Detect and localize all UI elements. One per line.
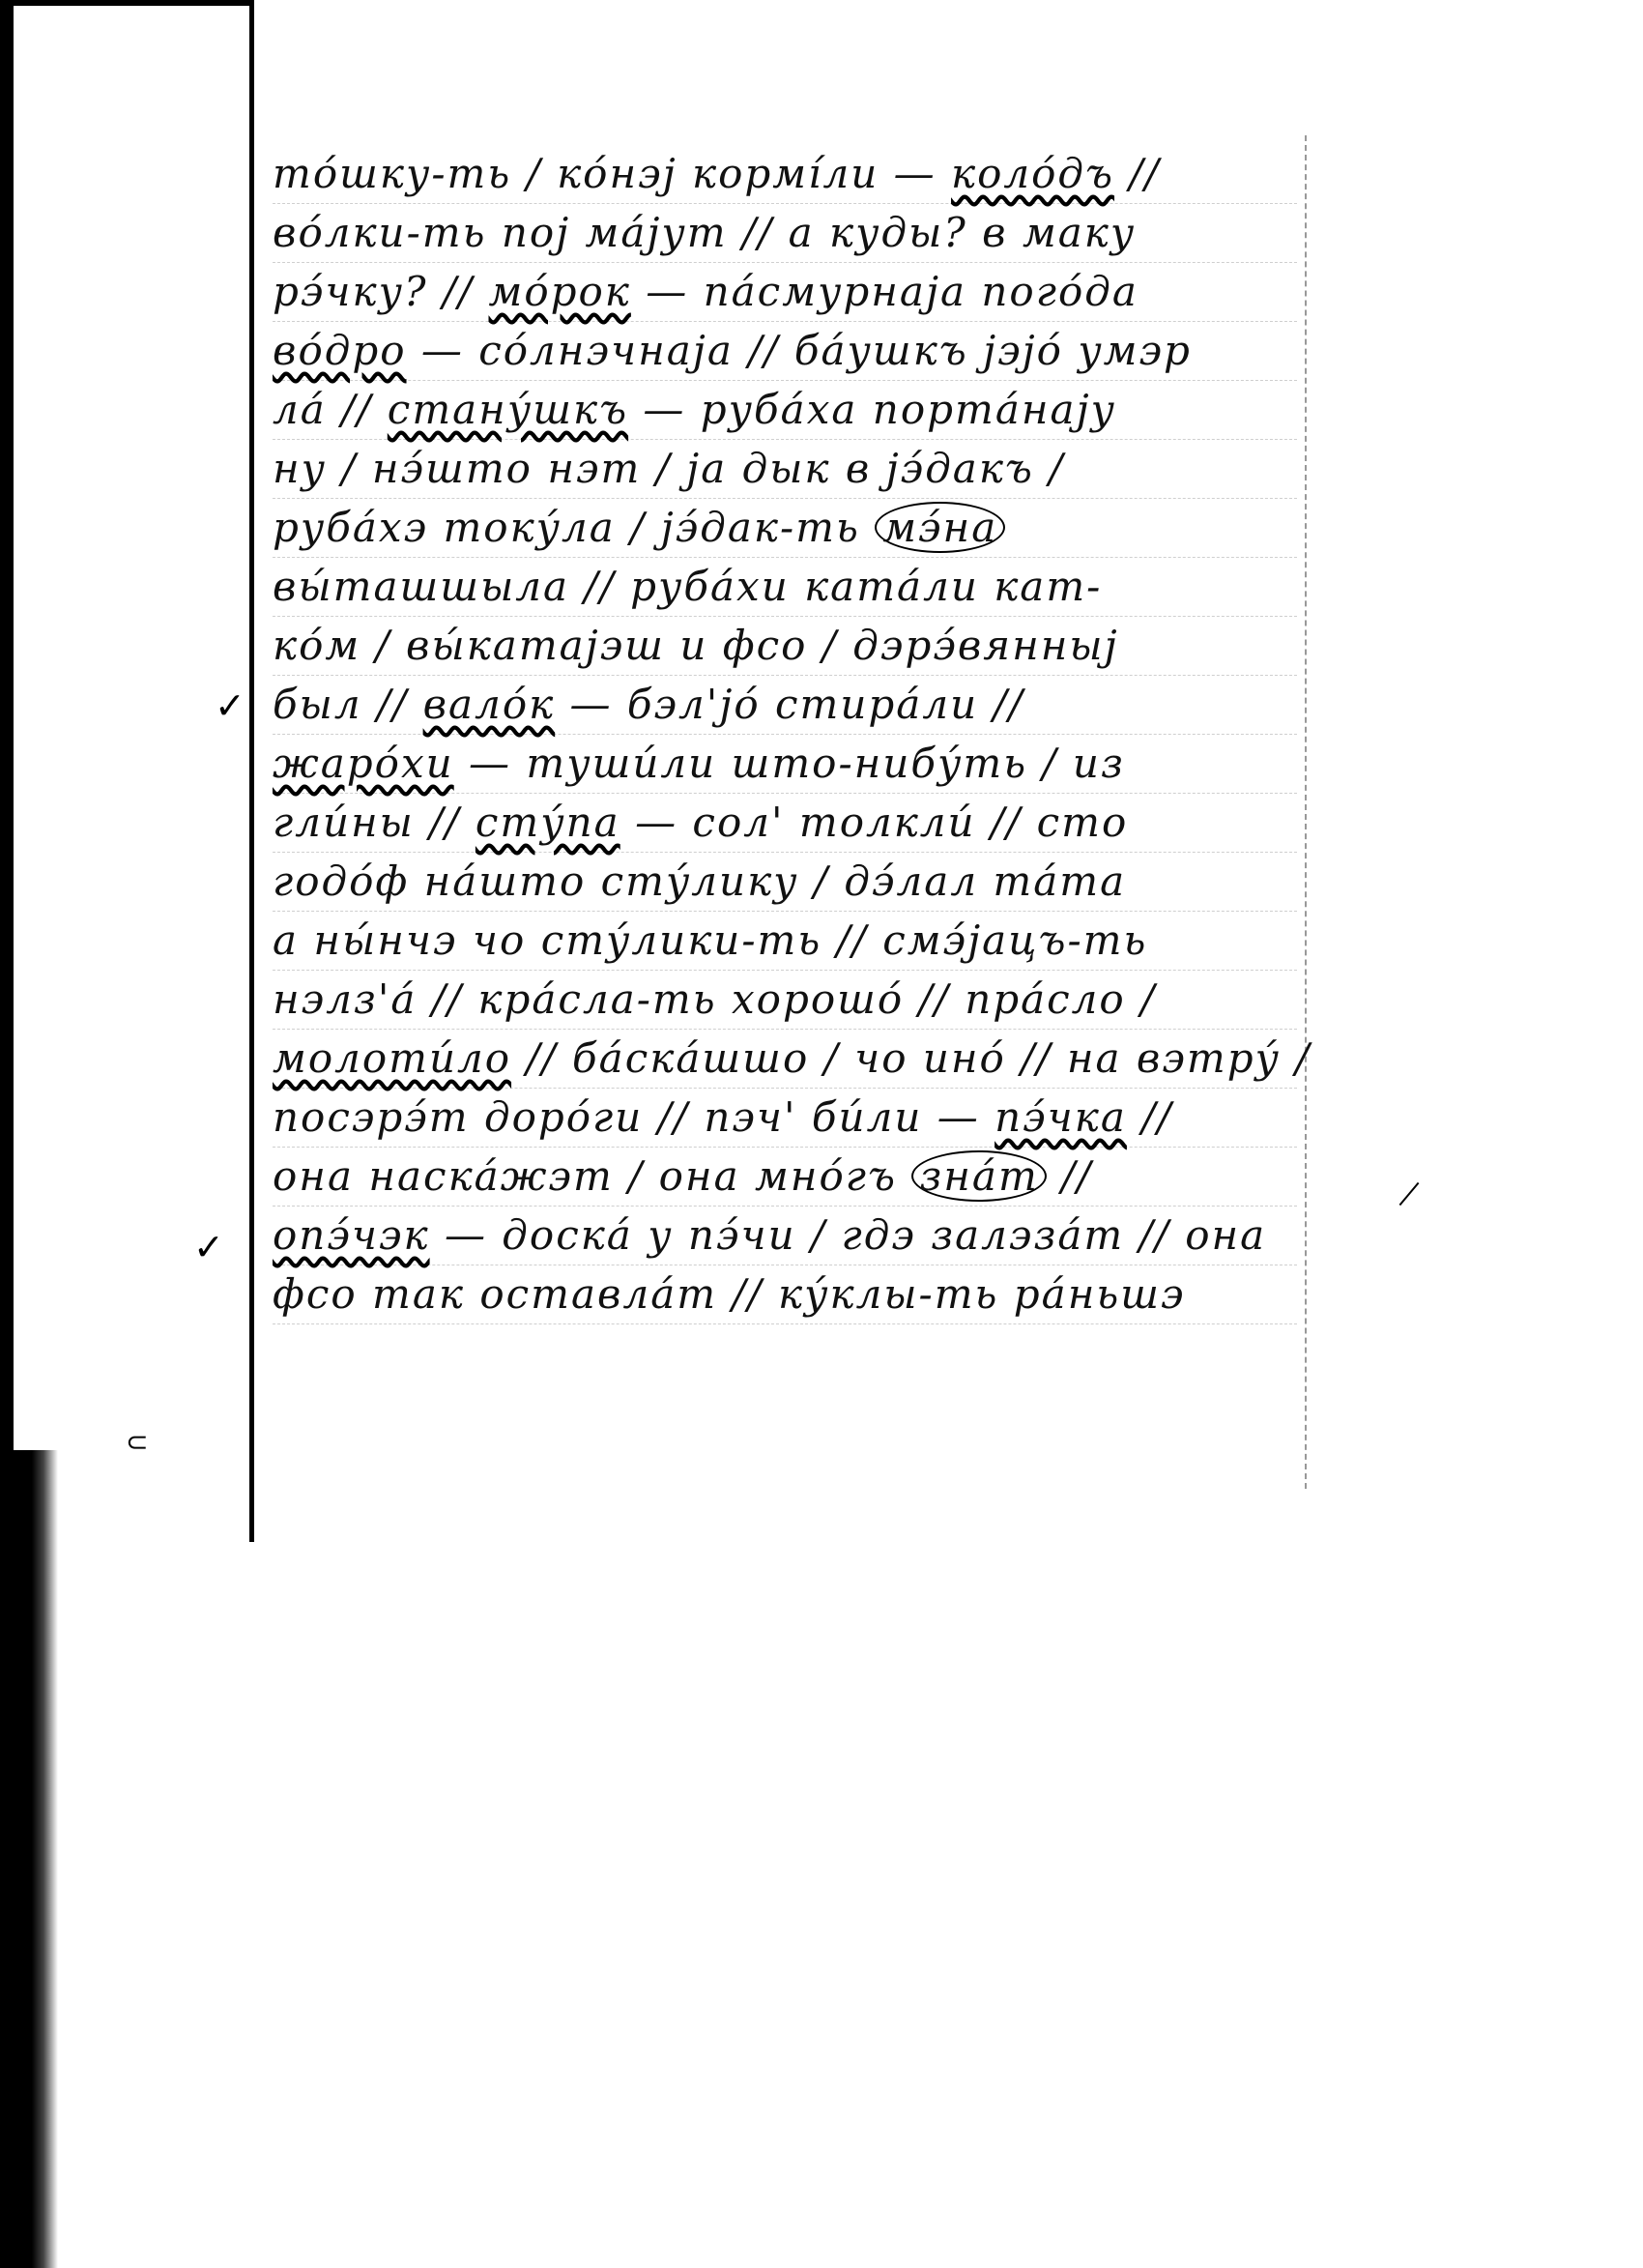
text-line: опэ́чэк — доска́ у пэ́чи / гдэ залэза́т … bbox=[273, 1207, 1297, 1265]
text-line: рэ́чку? // мо́рок — па́смурнаја пого́да bbox=[273, 263, 1297, 322]
right-margin-guide bbox=[1305, 135, 1309, 1489]
text-line: нэлз'а́ // кра́сла-ть хорошо́ // пра́сло… bbox=[273, 971, 1297, 1030]
headword: опэ́чэк bbox=[273, 1211, 430, 1259]
headword: жаро́хи bbox=[273, 740, 454, 787]
text-line: ла́ // стану́шкъ — руба́ха порта́нају bbox=[273, 381, 1297, 440]
circled-word: мэ́на bbox=[875, 502, 1005, 553]
text-line: фсо так оставла́т // ку́клы-ть ра́ньшэ bbox=[273, 1265, 1297, 1324]
text-line: посэрэ́т доро́ги // пэч' би́ли — пэ́чка … bbox=[273, 1089, 1297, 1148]
text-line: был // вало́к — бэл'јо́ стира́ли // bbox=[273, 676, 1297, 735]
scan-dark-edge bbox=[0, 0, 14, 1450]
headword: во́дро bbox=[273, 327, 407, 374]
scan-top-edge bbox=[0, 0, 251, 6]
circled-word: зна́т bbox=[911, 1150, 1046, 1202]
text-line: жаро́хи — туши́ли што-нибу́ть / из bbox=[273, 735, 1297, 794]
text-line: гли́ны // сту́па — сол' толкли́ // сто bbox=[273, 794, 1297, 853]
stray-pen-mark bbox=[1399, 1182, 1420, 1206]
text-line: молоти́ло // ба́ска́шшо / чо ино́ // на … bbox=[273, 1030, 1297, 1089]
handwritten-text-block: то́шку-ть / ко́нэј кормі́ли — коло́дъ //… bbox=[273, 145, 1297, 1324]
text-line: ну / нэ́што нэт / ја дык в јэ́дакъ / bbox=[273, 440, 1297, 499]
margin-hook-mark: ⊂ bbox=[126, 1426, 148, 1458]
headword: мо́рок bbox=[489, 268, 631, 315]
text-line: а ны́нчэ чо сту́лики-ть // смэ́јацъ-ть bbox=[273, 912, 1297, 971]
text-line: вы́ташшыла // руба́хи ката́ли кат- bbox=[273, 558, 1297, 617]
text-line: во́дро — со́лнэчнаја // ба́ушкъ јэјо́ ум… bbox=[273, 322, 1297, 381]
headword: вало́к bbox=[423, 681, 556, 728]
text-line: руба́хэ току́ла / јэ́дак-ть мэ́на bbox=[273, 499, 1297, 558]
check-mark-icon: ✓ bbox=[193, 1226, 224, 1268]
margin-rule-line bbox=[249, 0, 254, 1542]
check-mark-icon: ✓ bbox=[215, 684, 245, 727]
headword: пэ́чка bbox=[994, 1093, 1127, 1141]
scan-shadow bbox=[0, 1450, 58, 2268]
headword: молоти́ло bbox=[273, 1034, 511, 1082]
text-line: во́лки-ть пој ма́јут // а куды? в маку bbox=[273, 204, 1297, 263]
headword: стану́шкъ bbox=[388, 386, 628, 433]
text-line: то́шку-ть / ко́нэј кормі́ли — коло́дъ // bbox=[273, 145, 1297, 204]
headword: коло́дъ bbox=[951, 150, 1114, 197]
text-line: ко́м / вы́катајэш и фсо / дэрэ́вянныј bbox=[273, 617, 1297, 676]
headword: сту́па bbox=[476, 799, 620, 846]
text-line: она наска́жэт / она мно́гъ зна́т // bbox=[273, 1148, 1297, 1207]
text-line: годо́ф на́што сту́лику / дэ́лал та́та bbox=[273, 853, 1297, 912]
